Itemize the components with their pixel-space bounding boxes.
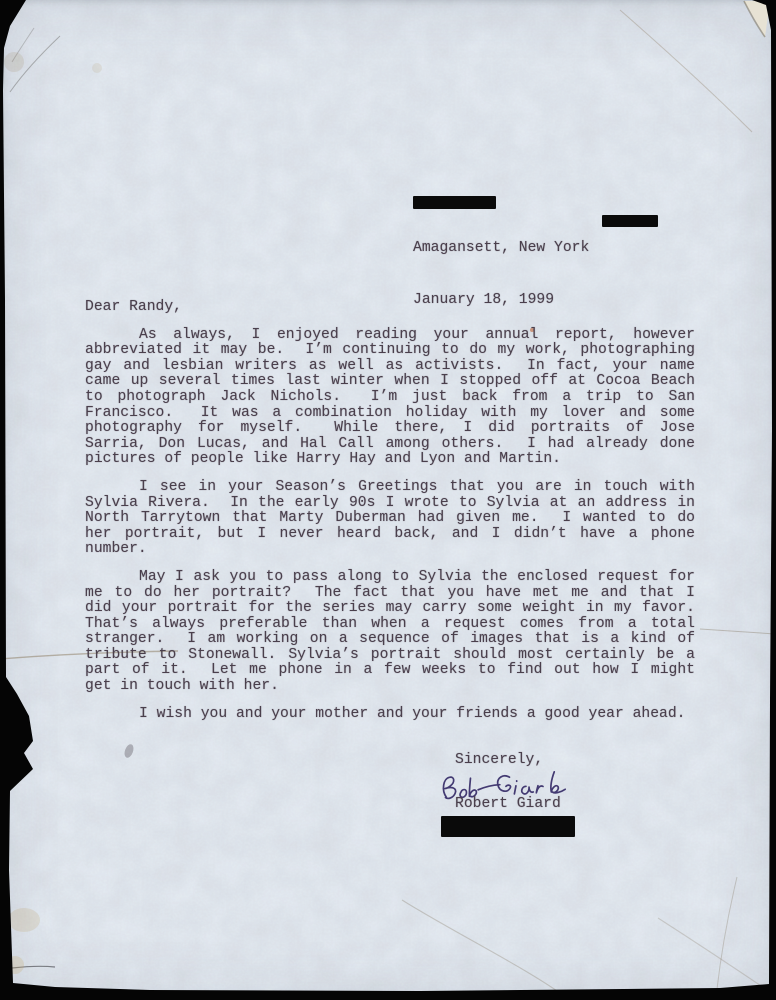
letter-line: Francisco. It was a combination holiday … xyxy=(85,406,695,422)
letter-line: photography for myself. While there, I d… xyxy=(85,421,695,437)
letter-line: her portrait, but I never heard back, an… xyxy=(85,527,695,543)
letter-line: That’s always preferable than when a req… xyxy=(85,617,695,633)
letter-line: abbreviated it may be. I’m continuing to… xyxy=(85,343,695,359)
typed-name: Robert Giard xyxy=(455,797,561,813)
redaction-bar-after-location xyxy=(602,215,658,227)
letter-line: May I ask you to pass along to Sylvia th… xyxy=(85,570,695,586)
paragraph: As always, I enjoyed reading your annual… xyxy=(85,328,695,468)
letter-line: Sylvia Rivera. In the early 90s I wrote … xyxy=(85,496,695,512)
paragraph: I wish you and your mother and your frie… xyxy=(85,707,695,723)
letter-line: part of it. Let me phone in a few weeks … xyxy=(85,663,695,679)
salutation: Dear Randy, xyxy=(85,300,695,316)
paragraph: May I ask you to pass along to Sylvia th… xyxy=(85,570,695,695)
letter-line: As always, I enjoyed reading your annual… xyxy=(85,328,695,344)
paragraphs-container: As always, I enjoyed reading your annual… xyxy=(85,328,695,723)
letter-line: Sarria, Don Lucas, and Hal Call among ot… xyxy=(85,437,695,453)
letter-line: North Tarrytown that Marty Duberman had … xyxy=(85,511,695,527)
letter-line: came up several times last winter when I… xyxy=(85,374,695,390)
location-line: Amagansett, New York xyxy=(413,240,589,257)
paragraph: I see in your Season’s Greetings that yo… xyxy=(85,480,695,558)
redaction-bar-header-top xyxy=(413,196,496,209)
letter-line: number. xyxy=(85,542,695,558)
valediction: Sincerely, xyxy=(455,753,543,769)
letter-line: me to do her portrait? The fact that you… xyxy=(85,586,695,602)
redaction-bar-below-typed-name xyxy=(441,816,575,837)
letter-line: get in touch with her. xyxy=(85,679,695,695)
letter-line: pictures of people like Harry Hay and Ly… xyxy=(85,452,695,468)
letter-line: did your portrait for the series may car… xyxy=(85,601,695,617)
letter-content: Amagansett, New York January 18, 1999 De… xyxy=(0,0,776,1000)
scanned-letter-page: Amagansett, New York January 18, 1999 De… xyxy=(0,0,776,1000)
letter-line: to photograph Jack Nichols. I’m just bac… xyxy=(85,390,695,406)
letter-line: I wish you and your mother and your frie… xyxy=(85,707,695,723)
letter-body: Dear Randy, As always, I enjoyed reading… xyxy=(85,300,695,722)
letter-line: I see in your Season’s Greetings that yo… xyxy=(85,480,695,496)
letter-line: stranger. I am working on a sequence of … xyxy=(85,632,695,648)
